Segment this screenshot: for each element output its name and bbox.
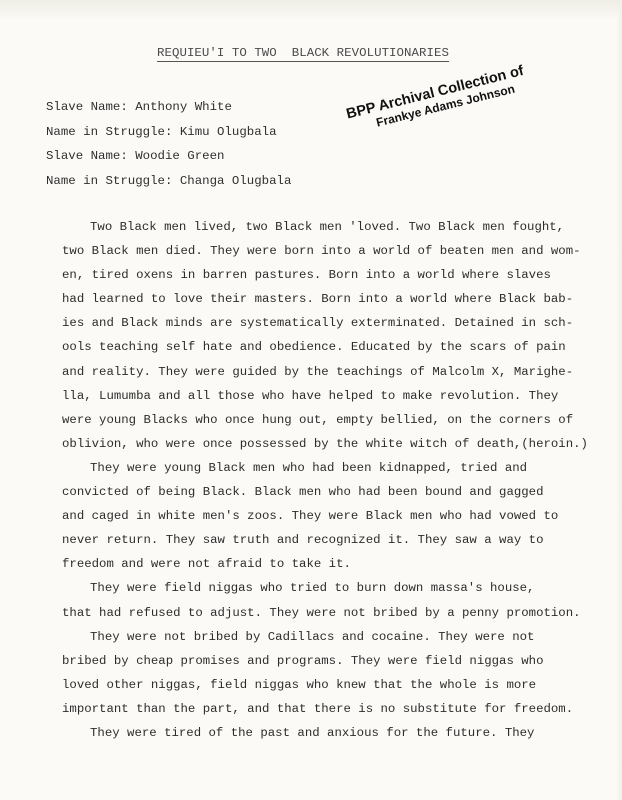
body-line: were young Blacks who once hung out, emp… bbox=[62, 408, 622, 432]
page-top-shadow bbox=[0, 0, 622, 20]
body-line: convicted of being Black. Black men who … bbox=[62, 480, 622, 504]
body-line: They were tired of the past and anxious … bbox=[62, 721, 622, 745]
body-line: They were not bribed by Cadillacs and co… bbox=[62, 625, 622, 649]
struggle-name-1: Name in Struggle: Kimu Olugbala bbox=[46, 120, 291, 145]
body-line: Two Black men lived, two Black men 'love… bbox=[62, 215, 622, 239]
body-line: ools teaching self hate and obedience. E… bbox=[62, 335, 622, 359]
body-line: important than the part, and that there … bbox=[62, 697, 622, 721]
document-title: REQUIEU'I TO TWO BLACK REVOLUTIONARIES bbox=[157, 45, 449, 62]
body-line: ies and Black minds are systematically e… bbox=[62, 311, 622, 335]
body-line: freedom and were not afraid to take it. bbox=[62, 552, 622, 576]
struggle-name-2: Name in Struggle: Changa Olugbala bbox=[46, 169, 291, 194]
body-line: They were field niggas who tried to burn… bbox=[62, 576, 622, 600]
names-block: Slave Name: Anthony White Name in Strugg… bbox=[46, 95, 291, 193]
body-line: bribed by cheap promises and programs. T… bbox=[62, 649, 622, 673]
body-line: had learned to love their masters. Born … bbox=[62, 287, 622, 311]
body-line: They were young Black men who had been k… bbox=[62, 456, 622, 480]
body-line: two Black men died. They were born into … bbox=[62, 239, 622, 263]
body-line: never return. They saw truth and recogni… bbox=[62, 528, 622, 552]
slave-name-2: Slave Name: Woodie Green bbox=[46, 144, 291, 169]
body-line: and reality. They were guided by the tea… bbox=[62, 360, 622, 384]
body-text: Two Black men lived, two Black men 'love… bbox=[62, 215, 622, 745]
body-line: that had refused to adjust. They were no… bbox=[62, 601, 622, 625]
body-line: oblivion, who were once possessed by the… bbox=[62, 432, 622, 456]
archival-stamp: BPP Archival Collection of Frankye Adams… bbox=[345, 64, 529, 137]
body-line: lla, Lumumba and all those who have help… bbox=[62, 384, 622, 408]
body-line: en, tired oxens in barren pastures. Born… bbox=[62, 263, 622, 287]
slave-name-1: Slave Name: Anthony White bbox=[46, 95, 291, 120]
body-line: and caged in white men's zoos. They were… bbox=[62, 504, 622, 528]
body-line: loved other niggas, field niggas who kne… bbox=[62, 673, 622, 697]
